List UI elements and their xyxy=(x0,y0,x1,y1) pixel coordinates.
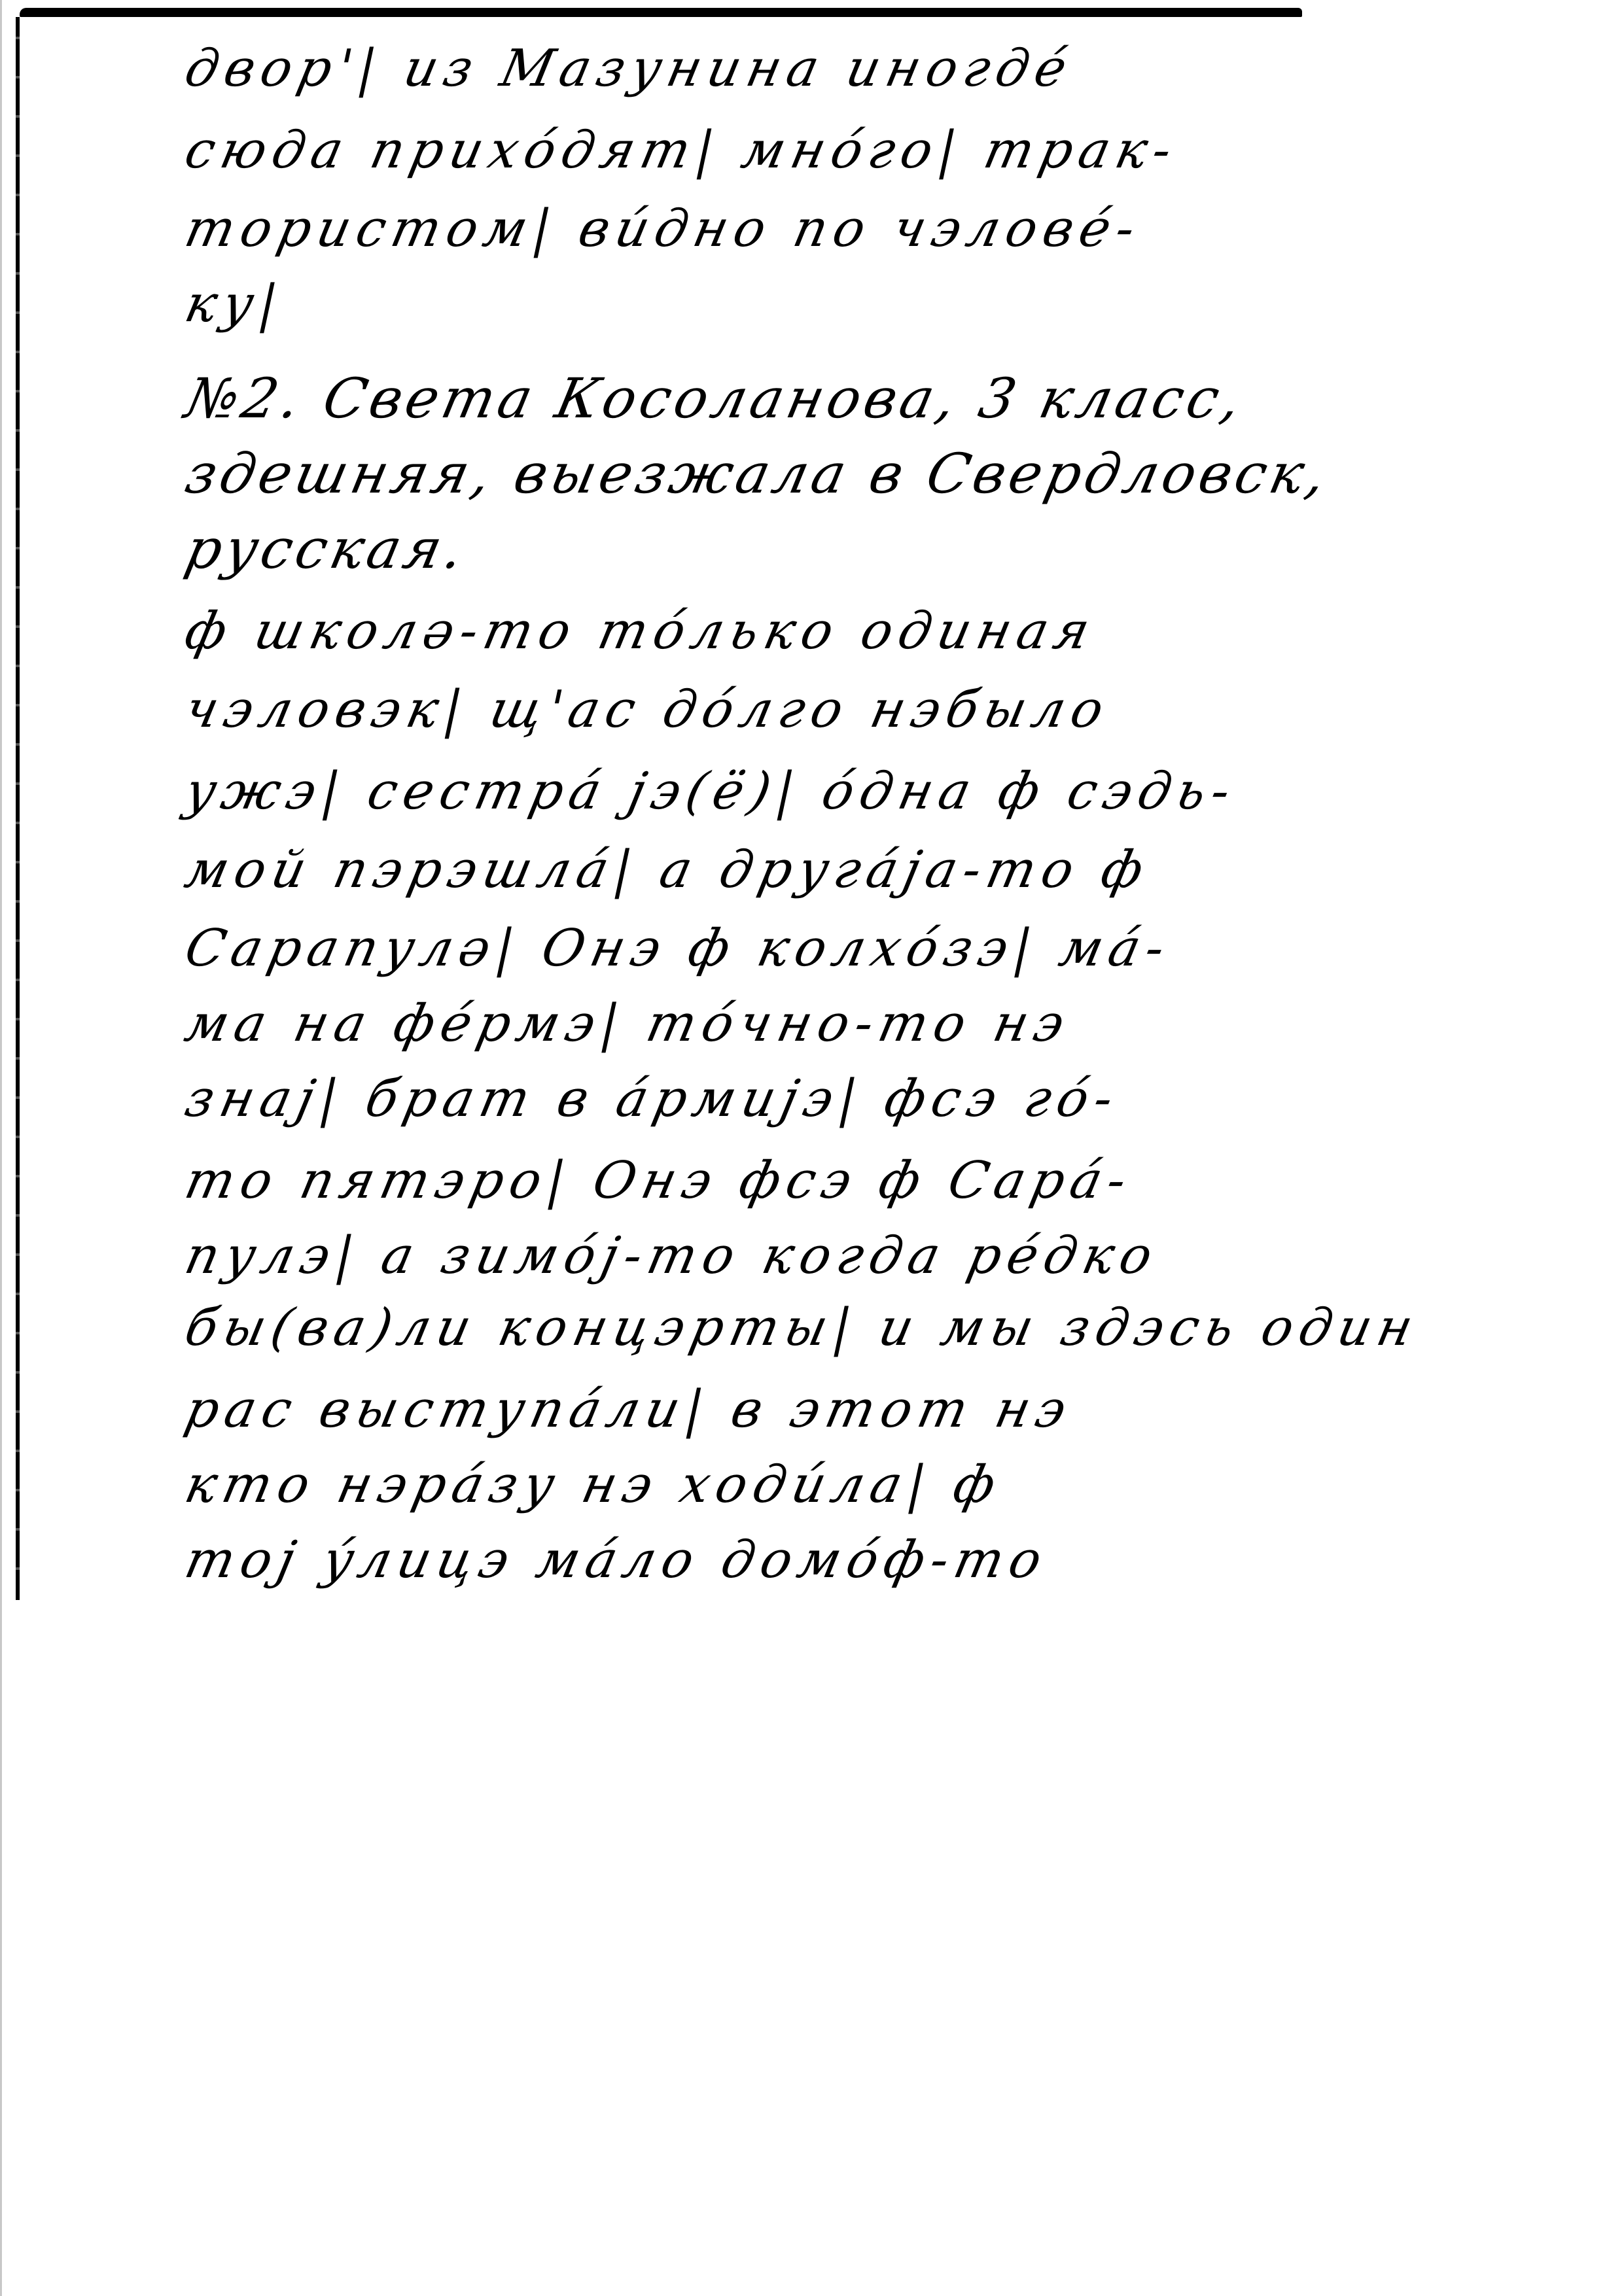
scanned-page: двор'| из Мазунина иногдé сюда прихóдят|… xyxy=(0,0,1607,2296)
text-line: тористом| вúдно по чэловé- xyxy=(180,200,1147,258)
text-line: двор'| из Мазунина иногдé xyxy=(180,39,1078,98)
text-line: бы(ва)ли концэрты| и мы здэсь один xyxy=(180,1298,1424,1357)
text-line: кто нэрáзу нэ ходúла| ф xyxy=(180,1455,1007,1514)
text-line: сюда прихóдят| мнóго| трак- xyxy=(180,121,1183,180)
text-line: знаj| брат в áрмиjэ| фсэ гó- xyxy=(180,1070,1125,1128)
scan-top-border xyxy=(20,8,1302,17)
text-line: Сарапулə| Онэ ф колхóзэ| мá- xyxy=(180,919,1176,978)
text-line: ужэ| сеcтрá jэ(ё)| óдна ф сэдь- xyxy=(180,762,1242,821)
scan-edge-shadow xyxy=(0,0,2,2296)
entry-header-line: русская. xyxy=(180,517,473,581)
entry-header-line: здешняя, выезжала в Свердловск, xyxy=(180,442,1335,506)
text-line: тоj ýлицэ мáло домóф-то xyxy=(180,1531,1053,1590)
text-line: то пятэро| Онэ фсэ ф Сарá- xyxy=(180,1151,1138,1210)
scan-left-border xyxy=(16,17,20,1600)
entry-header-line: №2. Света Косоланова, 3 класс, xyxy=(180,366,1250,430)
text-line: мой пэрэшлá| а другája-то ф xyxy=(180,841,1155,899)
text-line: ф школə-то тóлько одиная xyxy=(180,602,1101,661)
text-line: рас выступáли| в этот нэ xyxy=(180,1380,1078,1439)
text-line: ку| xyxy=(180,275,289,334)
text-line: пулэ| а зимój-то когда рéдко xyxy=(180,1226,1164,1285)
text-line: чэловэк| щ'ас дóлго нэбыло xyxy=(180,680,1115,739)
text-line: ма на фéрмэ| тóчно-то нэ xyxy=(180,994,1076,1053)
